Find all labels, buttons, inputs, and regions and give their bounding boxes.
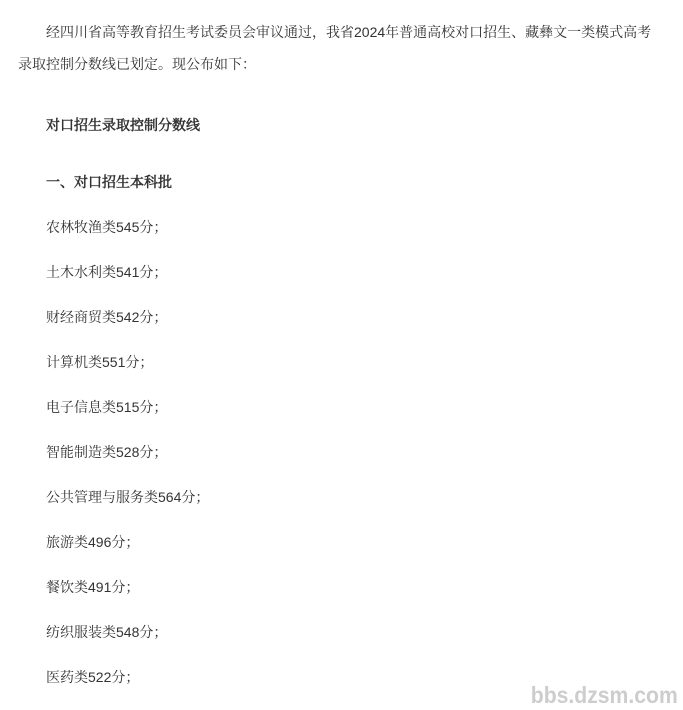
- score-line: 公共管理与服务类564分；: [18, 481, 665, 513]
- score-line: 财经商贸类542分；: [18, 301, 665, 333]
- section-title: 对口招生录取控制分数线: [18, 109, 665, 141]
- score-line: 计算机类551分；: [18, 346, 665, 378]
- score-line: 土木水利类541分；: [18, 256, 665, 288]
- score-line: 餐饮类491分；: [18, 571, 665, 603]
- subsection-title: 一、对口招生本科批: [18, 166, 665, 198]
- score-line: 纺织服装类548分；: [18, 616, 665, 648]
- page: { "colors": { "text": "#333333", "backgr…: [0, 0, 683, 710]
- score-list: 农林牧渔类545分；土木水利类541分；财经商贸类542分；计算机类551分；电…: [18, 211, 665, 693]
- score-line: 旅游类496分；: [18, 526, 665, 558]
- score-line: 电子信息类515分；: [18, 391, 665, 423]
- article-body: 经四川省高等教育招生考试委员会审议通过，我省2024年普通高校对口招生、藏彝文一…: [0, 0, 683, 693]
- score-line: 农林牧渔类545分；: [18, 211, 665, 243]
- score-line: 智能制造类528分；: [18, 436, 665, 468]
- watermark: bbs.dzsm.com: [531, 684, 678, 707]
- intro-paragraph: 经四川省高等教育招生考试委员会审议通过，我省2024年普通高校对口招生、藏彝文一…: [18, 16, 665, 80]
